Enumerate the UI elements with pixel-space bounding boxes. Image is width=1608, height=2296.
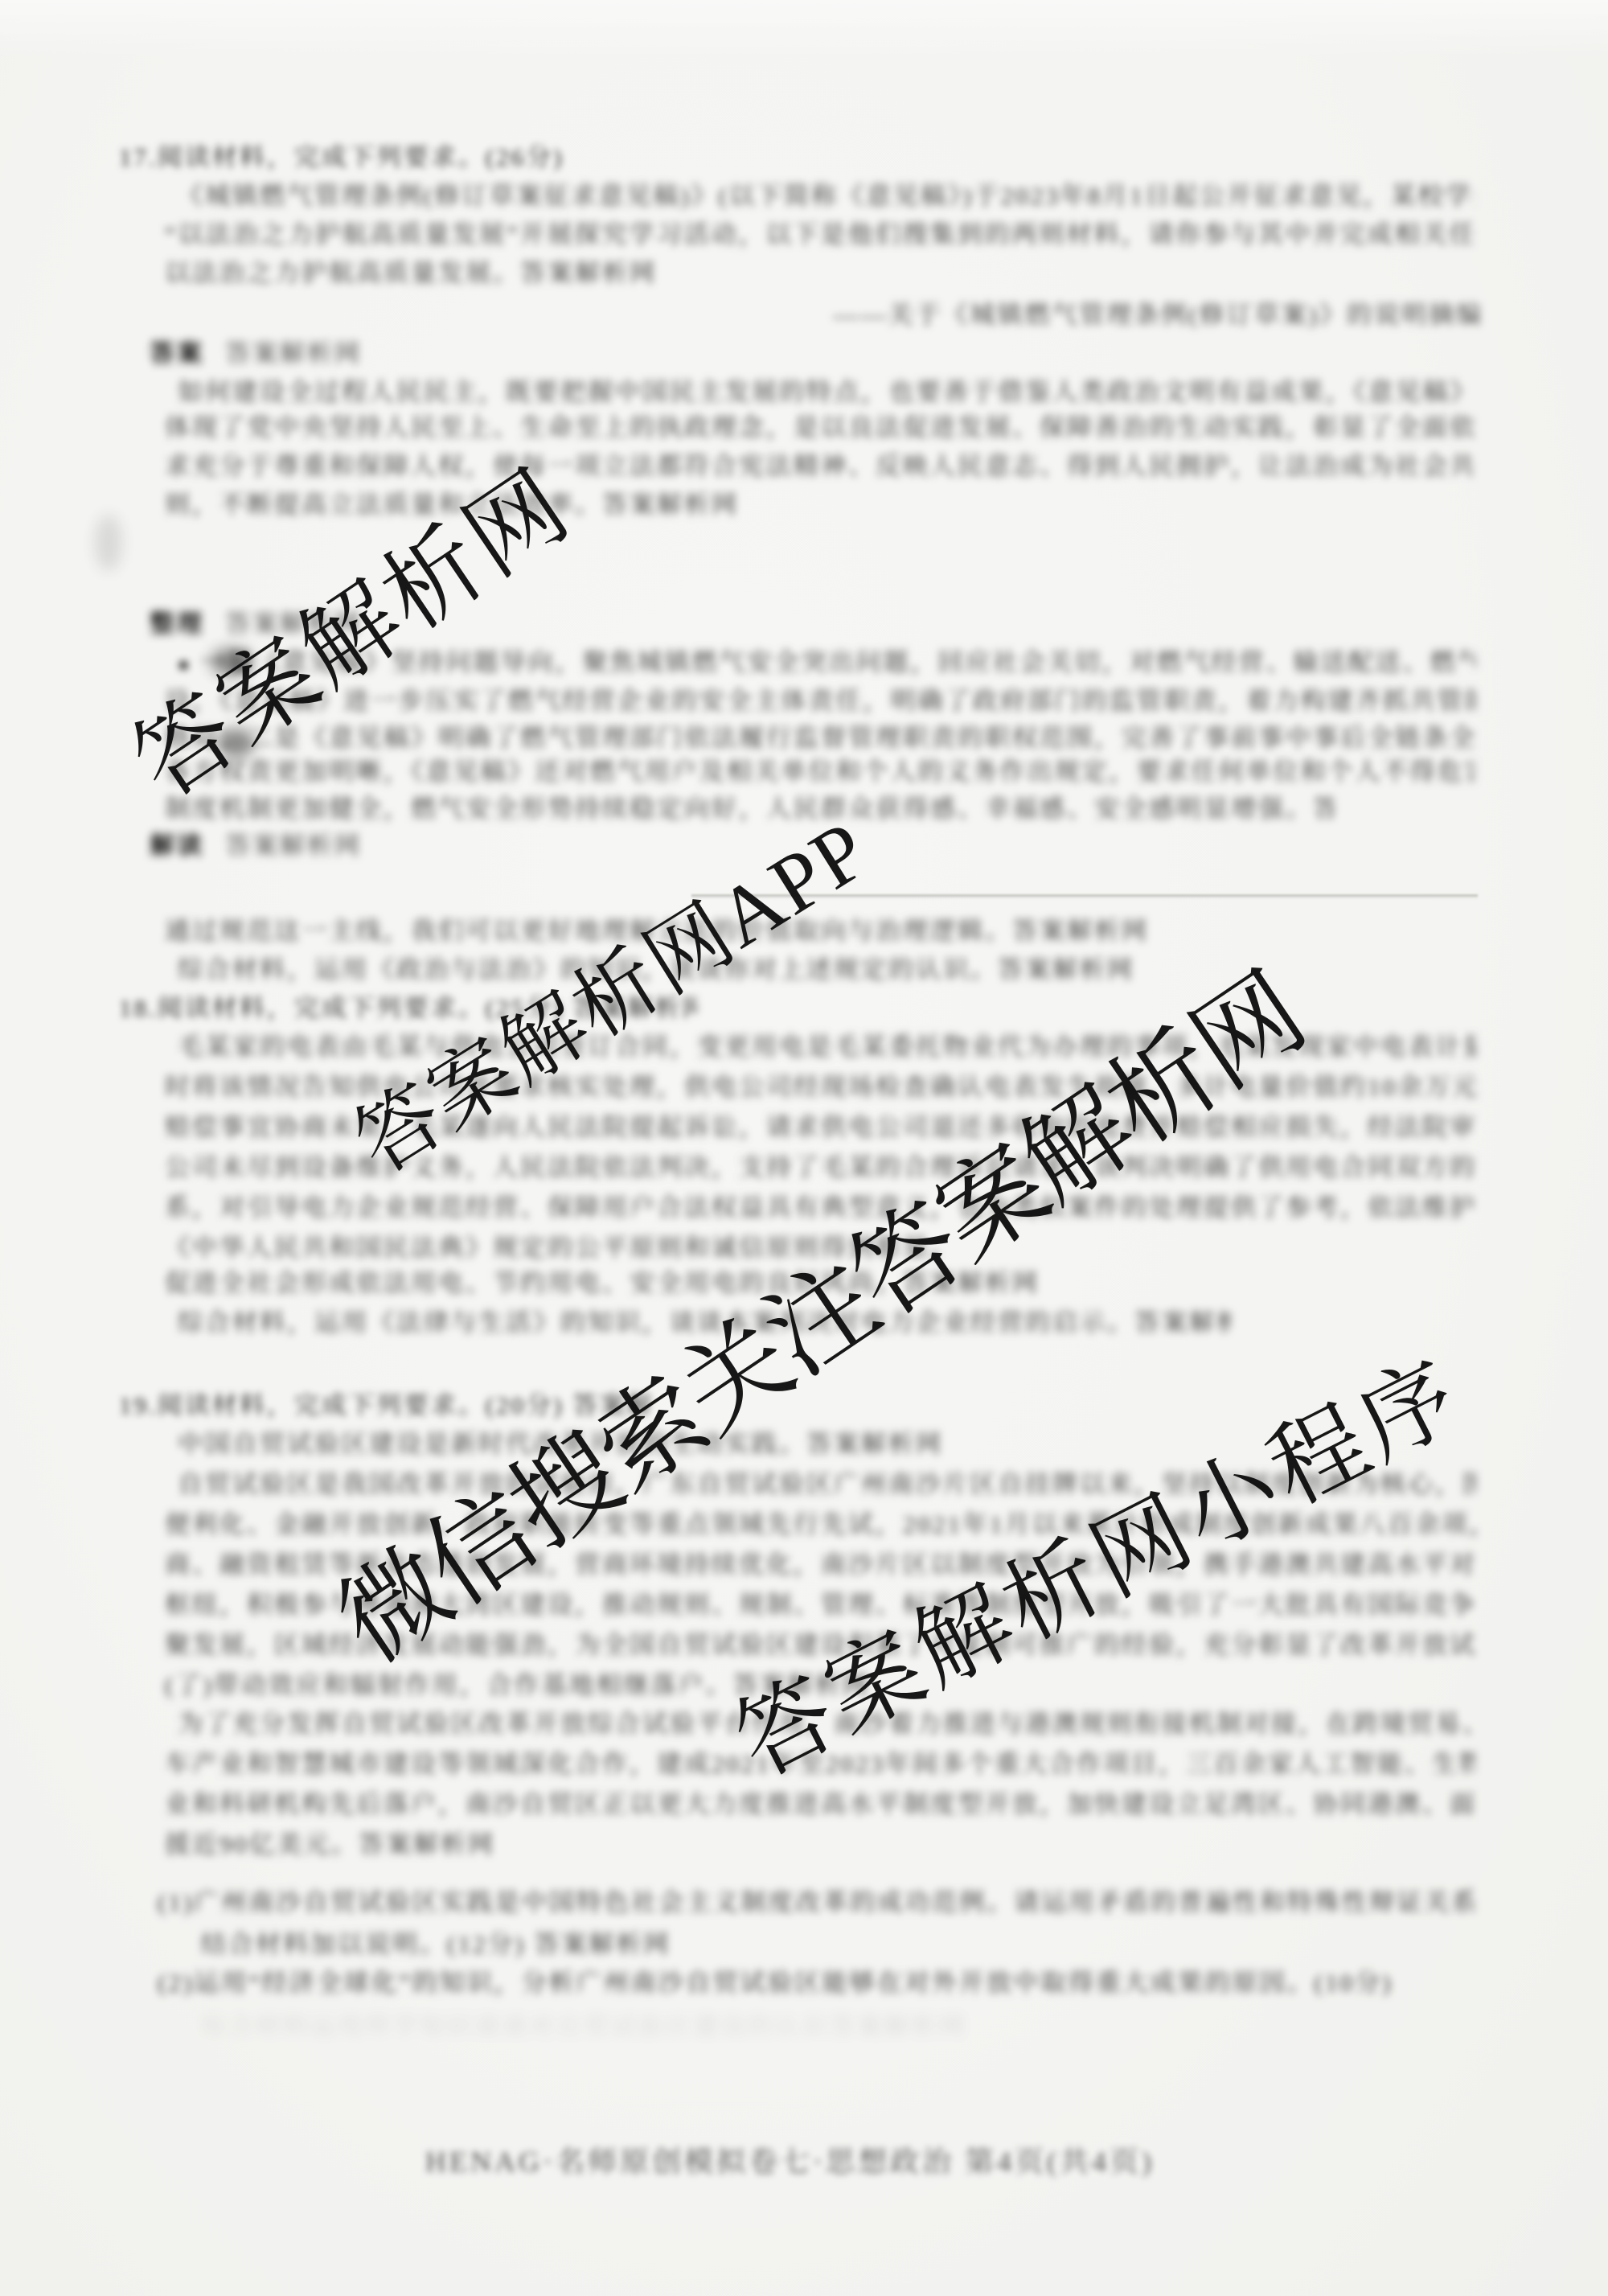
page-footer: HENAG·名师原创模拟卷七·思想政治 第4页(共4页) [386,2139,1194,2180]
sub-question-line: 结合材料加以说明。(12分) 答案解析网 [201,1925,776,1964]
blurred-paragraph-line: 业和科研机构先后落户，南沙自贸区正以更大力度推进高水平制度型开放，加快建设立足湾… [165,1785,1475,1824]
blurred-paragraph-line: 促进全社会形成依法用电、节约用电、安全用电的良好风尚。答案解析网 [165,1264,1182,1303]
blurred-paragraph-line: 体现了党中央坚持人民至上、生命至上的执政理念，是以良法促进发展、保障善治的生动实… [165,409,1475,447]
blurred-paragraph-line: 《城镇燃气管理条例(修订草案征求意见稿)》(以下简称《意见稿》)于2023年8月… [178,177,1475,216]
bleed-through-line: 综合材料运用所学知识谈谈对自贸试验区建设的认识答案解析网 [201,2007,965,2046]
answer-label-line: 答案答案解析网 [150,335,455,373]
blurred-paragraph-line: 则，不断提高立法质量和立法效率。答案解析网 [165,486,989,524]
blurred-paragraph-line: 制度机制更加健全，燃气安全形势持续稳定向好，人民群众获得感、幸福感、安全感明显增… [165,790,1335,828]
question-header-line: 17.阅读材料，完成下列要求。(26分) [119,138,634,177]
blurred-paragraph-line: 公司未尽到设备维护义务，人民法院依法判决，支持了毛某的合理诉讼请求，该判决明确了… [165,1148,1475,1187]
blurred-paragraph-line: 求充分于尊重和保障人权，使每一项立法都符合宪法精神、反映人民意志、得到人民拥护，… [165,447,1475,486]
answer-label: 答案 [150,339,204,368]
answer-label: 解读 [150,832,204,860]
blurred-paragraph-line: 如何建设全过程人民民主，既要把握中国民主发展的特点，也要善于借鉴人类政治文明有益… [178,373,1475,412]
blurred-paragraph-line: 以法治之力护航高质量发展。答案解析网 [165,254,728,293]
answer-label: 整理 [150,610,204,638]
scanned-exam-page: 17.阅读材料，完成下列要求。(26分)《城镇燃气管理条例(修订草案征求意见稿)… [0,0,1608,2296]
ink-smudge [95,515,122,571]
blurred-paragraph-line: 援近90亿美元。答案解析网 [165,1826,651,1864]
blurred-paragraph-line: 格局；二是《意见稿》明确了燃气管理部门依法履行监督管理职责的职权范围，完善了事前… [165,719,1475,758]
sub-question-line: (2)运用“经济全球化”的知识，分析广州南沙自贸试验区能够在对外开放中取得重大成… [158,1964,1475,2002]
sub-question-line: (1)广州南沙自贸试验区实践是中国特色社会主义制度改革的成功范例。请运用矛盾的普… [158,1883,1475,1922]
source-attribution-line: ——关于《城镇燃气管理条例(修订草案)》的说明摘编 [656,296,1483,335]
answer-label-line: 解读答案解析网 [150,827,455,865]
blurred-paragraph-line: “以法治之力护航高质量发展”开展探究学习活动，以下是他们搜集到的两则材料，请你参… [165,216,1475,254]
